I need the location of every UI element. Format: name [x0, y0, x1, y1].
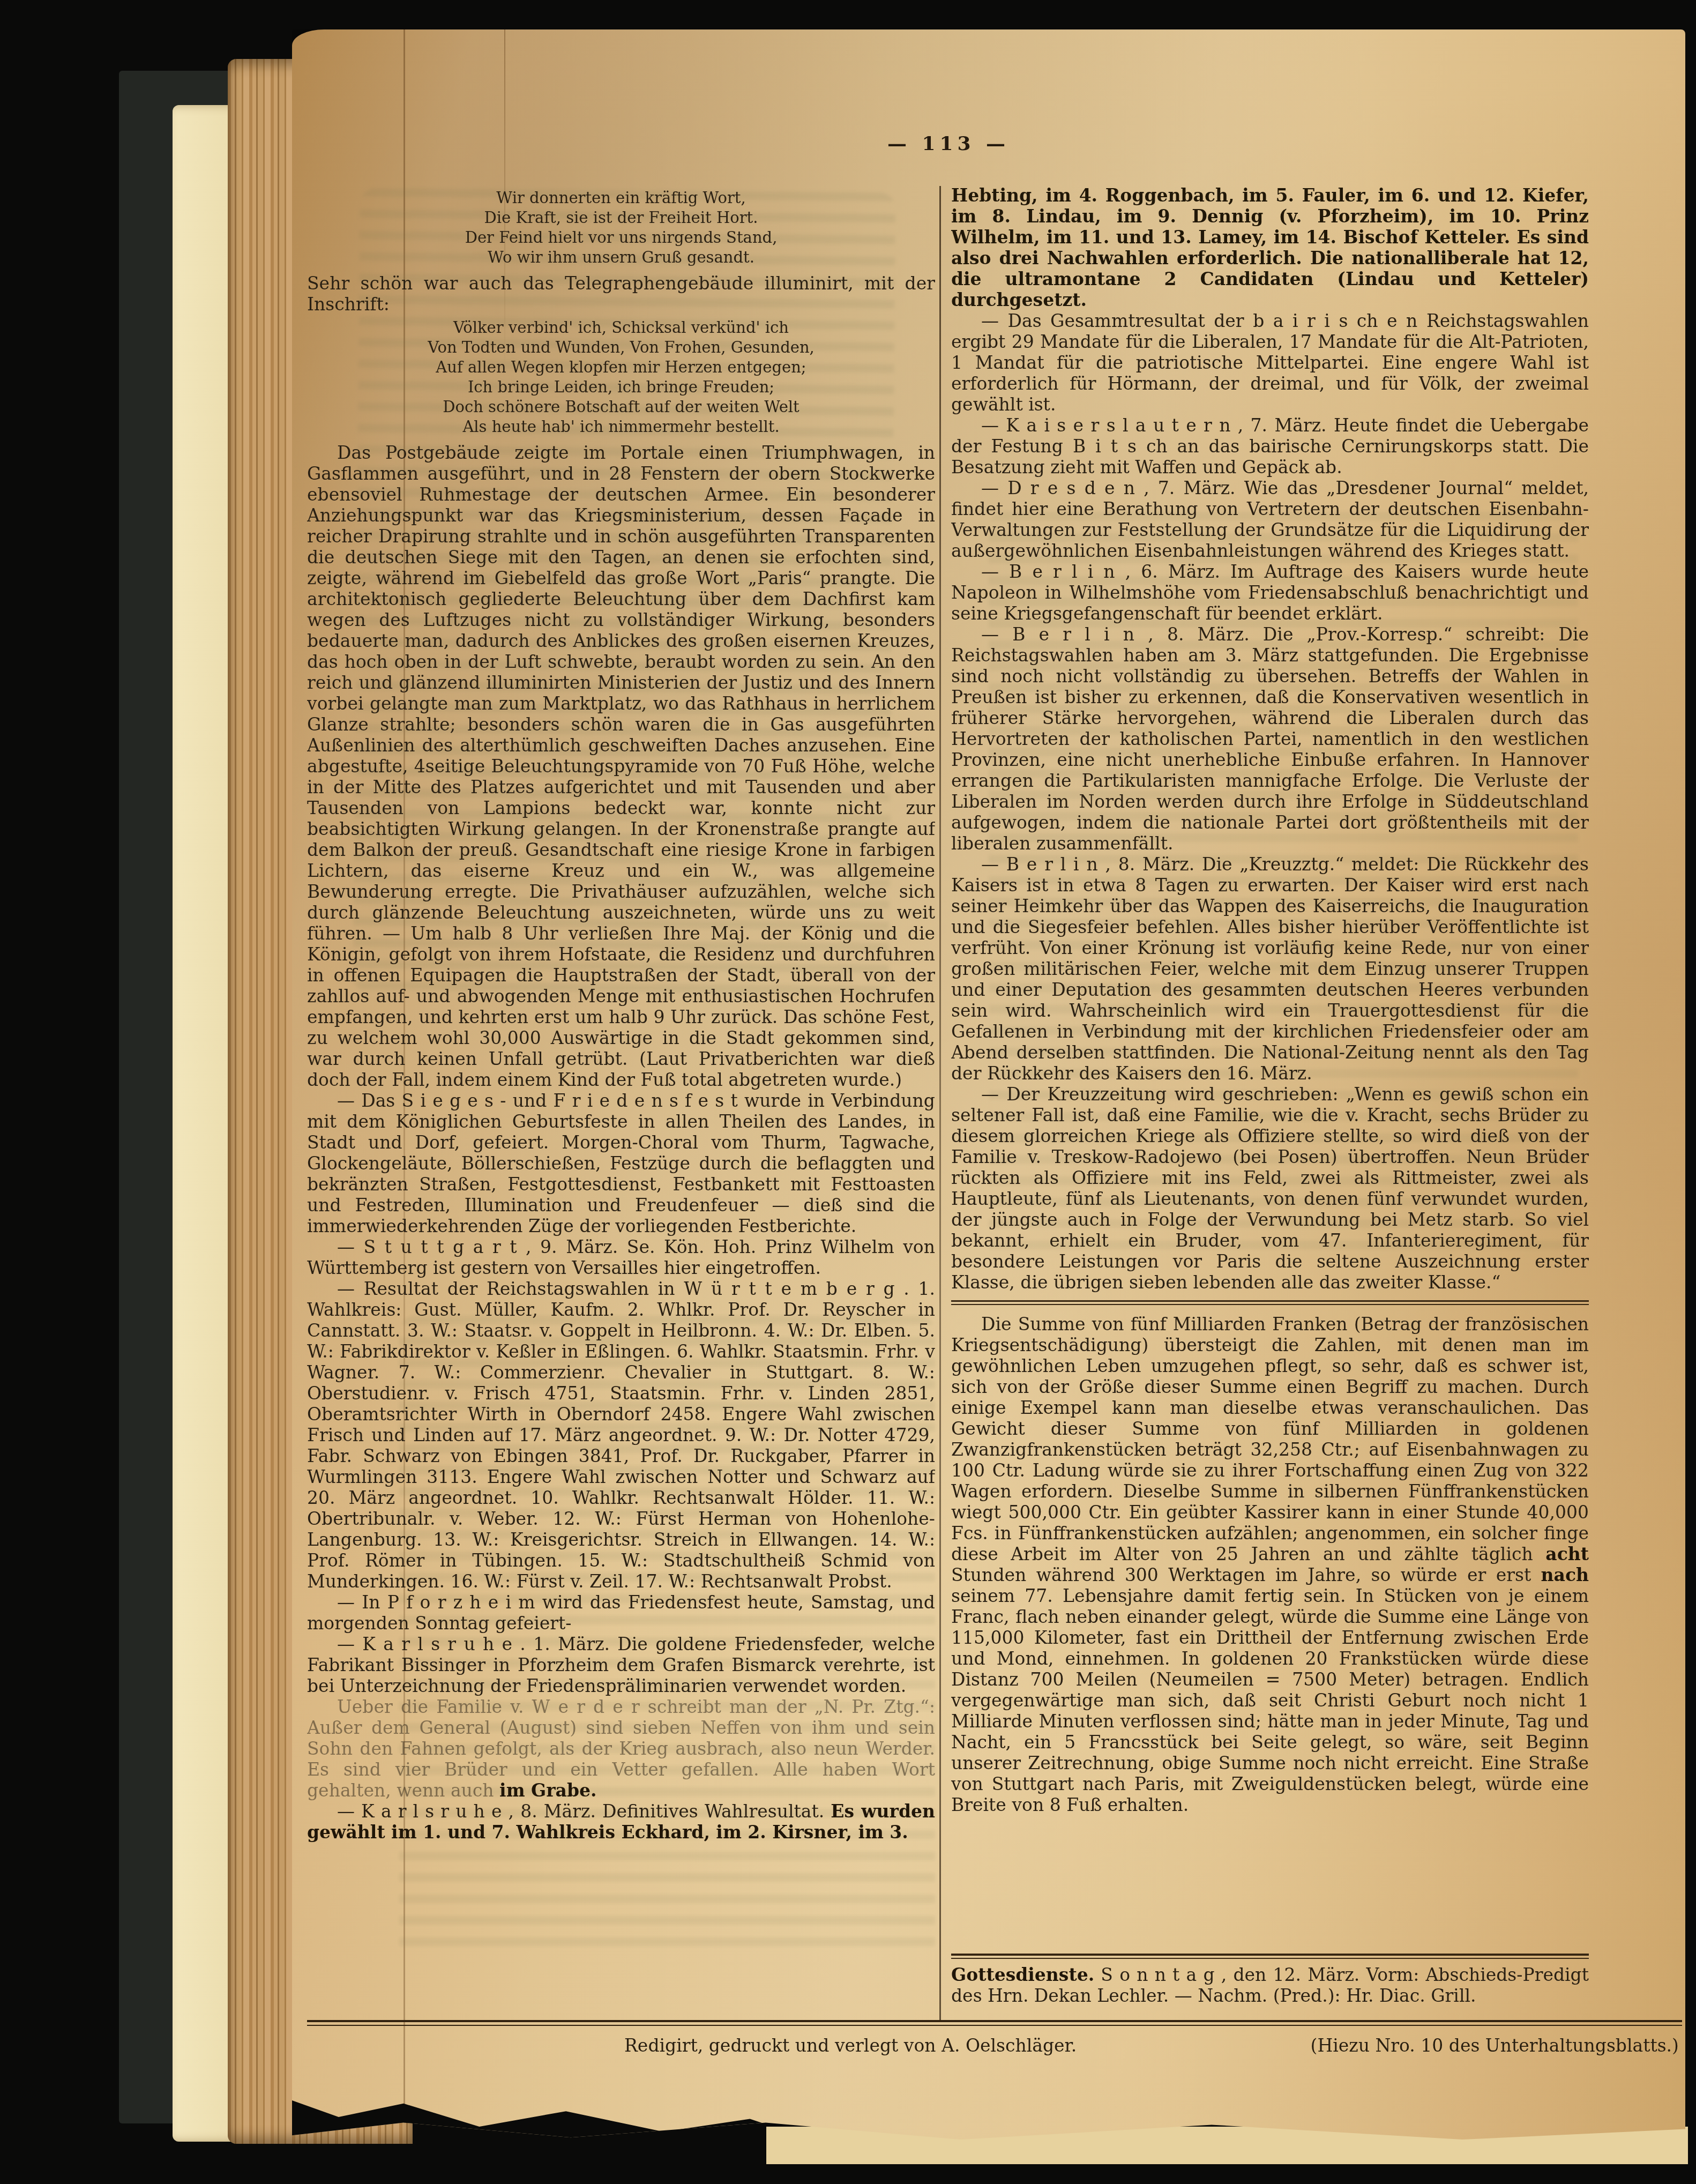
- news-paragraph: — S t u t t g a r t , 9. März. Se. Kön. …: [307, 1236, 935, 1278]
- news-paragraph: — B e r l i n , 8. März. Die „Prov.-Korr…: [951, 624, 1589, 854]
- news-paragraph: — Resultat der Reichstagswahlen in W ü r…: [307, 1278, 935, 1592]
- section-rule: [951, 1300, 1589, 1305]
- bold-text-run: Gottesdienste.: [951, 1964, 1094, 1985]
- poem-line: Völker verbind' ich, Schicksal verkünd' …: [307, 318, 935, 338]
- poem-line: Der Feind hielt vor uns nirgends Stand,: [307, 228, 935, 248]
- right-column: Hebting, im 4. Roggenbach, im 5. Fauler,…: [951, 185, 1589, 1949]
- bold-text-run: nach: [1541, 1564, 1589, 1585]
- poem: Wir donnerten ein kräftig Wort,Die Kraft…: [307, 188, 935, 267]
- poem-line: Ich bringe Leiden, ich bringe Freuden;: [307, 377, 935, 397]
- news-paragraph: Sehr schön war auch das Telegraphengebäu…: [307, 273, 935, 315]
- news-paragraph: Das Postgebäude zeigte im Portale einen …: [307, 442, 935, 1090]
- church-services-section: Gottesdienste. S o n n t a g , den 12. M…: [951, 1954, 1589, 2006]
- poem-line: Als heute hab' ich nimmermehr bestellt.: [307, 417, 935, 437]
- poem-line: Wir donnerten ein kräftig Wort,: [307, 188, 935, 208]
- church-services-paragraph: Gottesdienste. S o n n t a g , den 12. M…: [951, 1964, 1589, 2006]
- news-paragraph: — K a r l s r u h e . 1. März. Die golde…: [307, 1634, 935, 1696]
- news-paragraph: Ueber die Familie v. W e r d e r schreib…: [307, 1696, 935, 1801]
- news-paragraph: — Das S i e g e s - und F r i e d e n s …: [307, 1090, 935, 1236]
- poem-line: Wo wir ihm unsern Gruß gesandt.: [307, 248, 935, 267]
- poem-line: Von Todten und Wunden, Von Frohen, Gesun…: [307, 338, 935, 357]
- screenshot-root: { "page": { "number_display": "— 113 —" …: [0, 0, 1696, 2184]
- news-paragraph: — D r e s d e n , 7. März. Wie das „Dres…: [951, 478, 1589, 561]
- poem-line: Die Kraft, sie ist der Freiheit Hort.: [307, 208, 935, 228]
- text-run: seinem 77. Lebensjahre damit fertig sein…: [951, 1585, 1589, 1815]
- text-run: Die Summe von fünf Milliarden Franken (B…: [951, 1314, 1589, 1564]
- section-rule: [951, 1954, 1589, 1959]
- newspaper-page: — 113 — Wir donnerten ein kräftig Wort,D…: [292, 29, 1685, 2144]
- bold-text-run: im Grabe.: [499, 1780, 596, 1801]
- news-paragraph: — Der Kreuzzeitung wird geschrieben: „We…: [951, 1084, 1589, 1293]
- news-paragraph: Hebting, im 4. Roggenbach, im 5. Fauler,…: [951, 185, 1589, 310]
- left-column: Wir donnerten ein kräftig Wort,Die Kraft…: [307, 185, 935, 2018]
- page-footer: Redigirt, gedruckt und verlegt von A. Oe…: [307, 2035, 1682, 2083]
- bold-text-run: acht: [1545, 1544, 1589, 1564]
- poem-line: Doch schönere Botschaft auf der weiten W…: [307, 397, 935, 417]
- news-paragraph: Die Summe von fünf Milliarden Franken (B…: [951, 1314, 1589, 1815]
- text-run: Ueber die Familie v. W e r d e r schreib…: [307, 1696, 935, 1801]
- text-run: Stunden während 300 Werktagen im Jahre, …: [951, 1564, 1541, 1585]
- news-paragraph: — B e r l i n , 6. März. Im Auftrage des…: [951, 561, 1589, 624]
- news-paragraph: — In P f o r z h e i m wird das Friedens…: [307, 1592, 935, 1634]
- supplement-note: (Hiezu Nro. 10 des Unterhaltungsblatts.): [1311, 2035, 1679, 2056]
- poem: Völker verbind' ich, Schicksal verkünd' …: [307, 318, 935, 437]
- news-paragraph: — B e r l i n , 8. März. Die „Kreuzztg.“…: [951, 854, 1589, 1084]
- poem-line: Auf allen Wegen klopfen mir Herzen entge…: [307, 357, 935, 377]
- footer-rule: [307, 2020, 1682, 2026]
- news-paragraph: — Das Gesammtresultat der b a i r i s ch…: [951, 310, 1589, 415]
- text-run: — K a r l s r u h e , 8. März. Definitiv…: [337, 1801, 831, 1822]
- column-divider-rule: [939, 186, 941, 2020]
- news-paragraph: — K a r l s r u h e , 8. März. Definitiv…: [307, 1801, 935, 1843]
- page-number: — 113 —: [887, 132, 1010, 155]
- imprint: Redigirt, gedruckt und verlegt von A. Oe…: [624, 2035, 1077, 2056]
- news-paragraph: — K a i s e r s l a u t e r n , 7. März.…: [951, 415, 1589, 478]
